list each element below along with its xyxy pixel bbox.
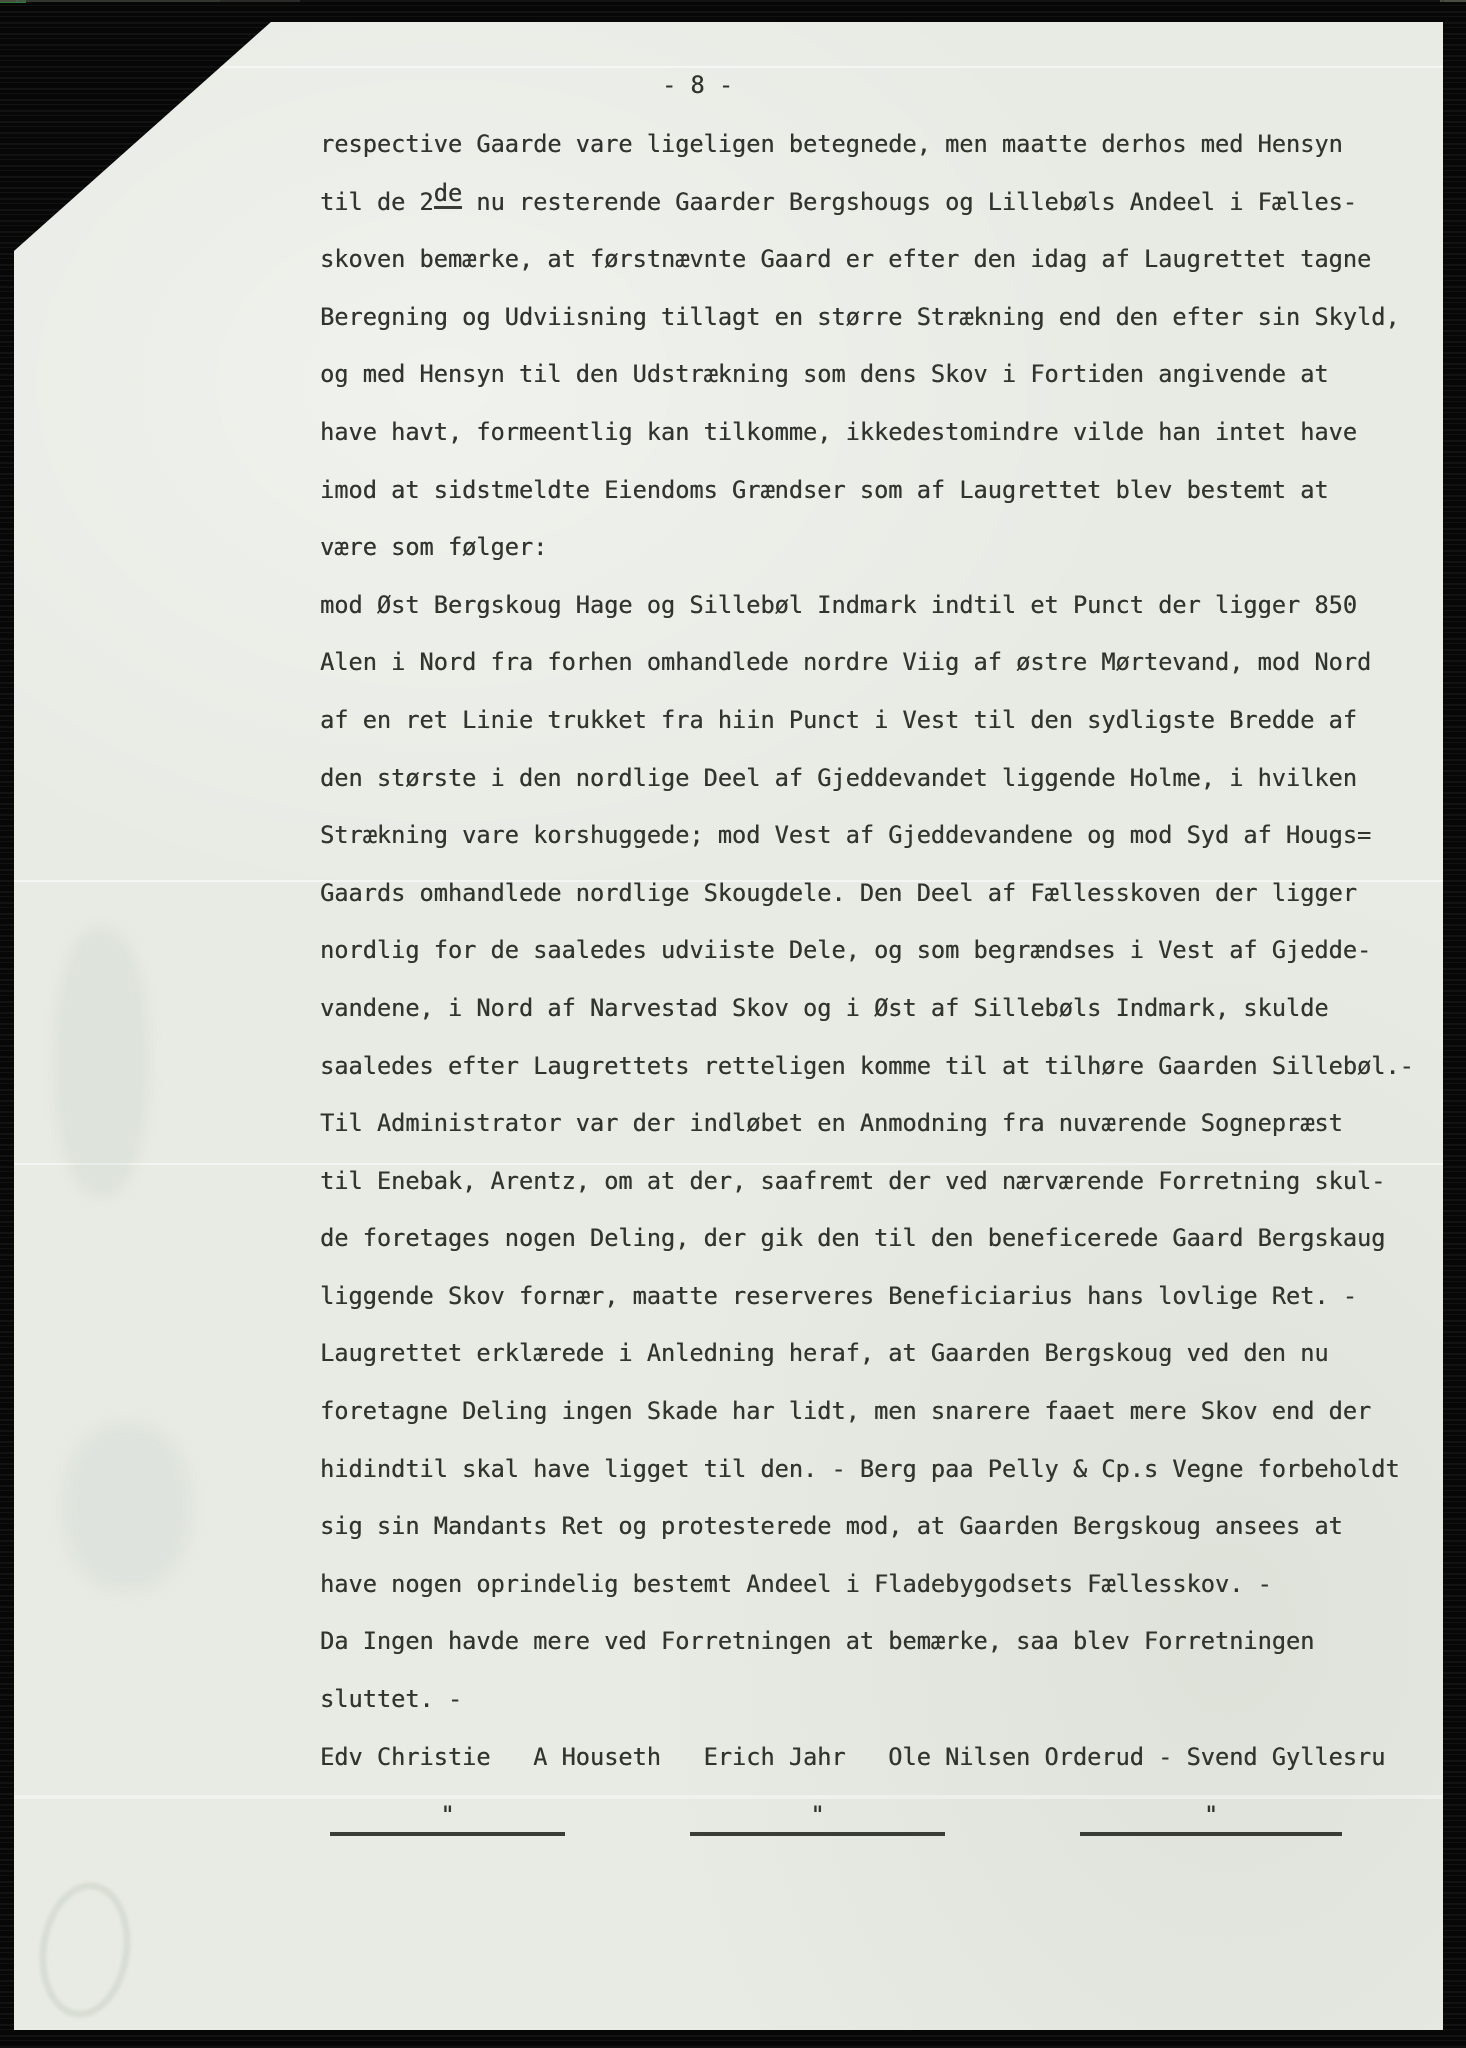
- typed-line: Beregning og Udviisning tillagt en størr…: [320, 289, 1430, 347]
- typed-line: Alen i Nord fra forhen omhandlede nordre…: [320, 634, 1430, 692]
- scan-streak: [1442, 0, 1466, 2]
- superscript-ordinal: de: [434, 182, 462, 210]
- scan-streak: [1442, 0, 1466, 2]
- typed-line: nordlig for de saaledes udviiste Dele, o…: [320, 922, 1430, 980]
- stamp-watermark: [31, 1876, 139, 2023]
- scan-streak: [1442, 0, 1466, 2]
- typed-line: have nogen oprindelig bestemt Andeel i F…: [320, 1556, 1430, 1614]
- typed-line: vandene, i Nord af Narvestad Skov og i Ø…: [320, 980, 1430, 1038]
- scan-streak: [0, 0, 26, 2]
- typed-line: sig sin Mandants Ret og protesterede mod…: [320, 1498, 1430, 1556]
- scan-streak: [0, 0, 220, 2]
- typed-line: have havt, formeentlig kan tilkomme, ikk…: [320, 404, 1430, 462]
- typed-line: hidindtil skal have ligget til den. - Be…: [320, 1441, 1430, 1499]
- typed-line: til Enebak, Arentz, om at der, saafremt …: [320, 1153, 1430, 1211]
- typed-line: og med Hensyn til den Udstrækning som de…: [320, 346, 1430, 404]
- typed-line: Til Administrator var der indløbet en An…: [320, 1095, 1430, 1153]
- typed-line: foretagne Deling ingen Skade har lidt, m…: [320, 1383, 1430, 1441]
- typed-line: til de 2de nu resterende Gaarder Bergsho…: [320, 174, 1430, 232]
- typed-line: Gaards omhandlede nordlige Skougdele. De…: [320, 865, 1430, 923]
- bleedthrough-mark: [54, 927, 149, 1197]
- scan-streak: [1440, 0, 1466, 2]
- typed-line: respective Gaarde vare ligeligen betegne…: [320, 116, 1430, 174]
- signature-line: Edv Christie A Houseth Erich Jahr Ole Ni…: [320, 1729, 1430, 1787]
- scan-streak: [1440, 0, 1466, 2]
- scan-streak: [0, 0, 300, 2]
- typed-line: Strækning vare korshuggede; mod Vest af …: [320, 807, 1430, 865]
- typed-body: respective Gaarde vare ligeligen betegne…: [320, 116, 1430, 1786]
- typed-line: Laugrettet erklærede i Anledning heraf, …: [320, 1325, 1430, 1383]
- scanned-document-page: " " " - 8 - respective Gaarde vare ligel…: [0, 0, 1466, 2048]
- scanline-artifact: [14, 66, 1443, 68]
- scan-streak: [1444, 0, 1466, 2]
- typed-line: den største i den nordlige Deel af Gjedd…: [320, 750, 1430, 808]
- typed-line: af en ret Linie trukket fra hiin Punct i…: [320, 692, 1430, 750]
- scan-streak: [0, 0, 16, 2]
- ditto-mark: ": [1080, 1802, 1342, 1836]
- scan-streak: [0, 0, 18, 2]
- scanline-artifact: [14, 1795, 1443, 1799]
- bleedthrough-mark: [62, 1422, 192, 1592]
- ditto-mark: ": [690, 1802, 945, 1836]
- page-number: - 8 -: [662, 71, 733, 99]
- ditto-mark: ": [330, 1802, 565, 1836]
- typed-line: sluttet. -: [320, 1671, 1430, 1729]
- typed-line: liggende Skov fornær, maatte reserveres …: [320, 1268, 1430, 1326]
- scan-streak: [0, 0, 26, 3]
- scan-streak: [0, 0, 22, 2]
- typed-line: mod Øst Bergskoug Hage og Sillebøl Indma…: [320, 577, 1430, 635]
- typed-line: være som følger:: [320, 519, 1430, 577]
- scan-streak: [0, 0, 20, 2]
- typed-line: imod at sidstmeldte Eiendoms Grændser so…: [320, 462, 1430, 520]
- typed-line: de foretages nogen Deling, der gik den t…: [320, 1210, 1430, 1268]
- typed-line: skoven bemærke, at førstnævnte Gaard er …: [320, 231, 1430, 289]
- typed-line: Da Ingen havde mere ved Forretningen at …: [320, 1613, 1430, 1671]
- typed-line: saaledes efter Laugrettets retteligen ko…: [320, 1038, 1430, 1096]
